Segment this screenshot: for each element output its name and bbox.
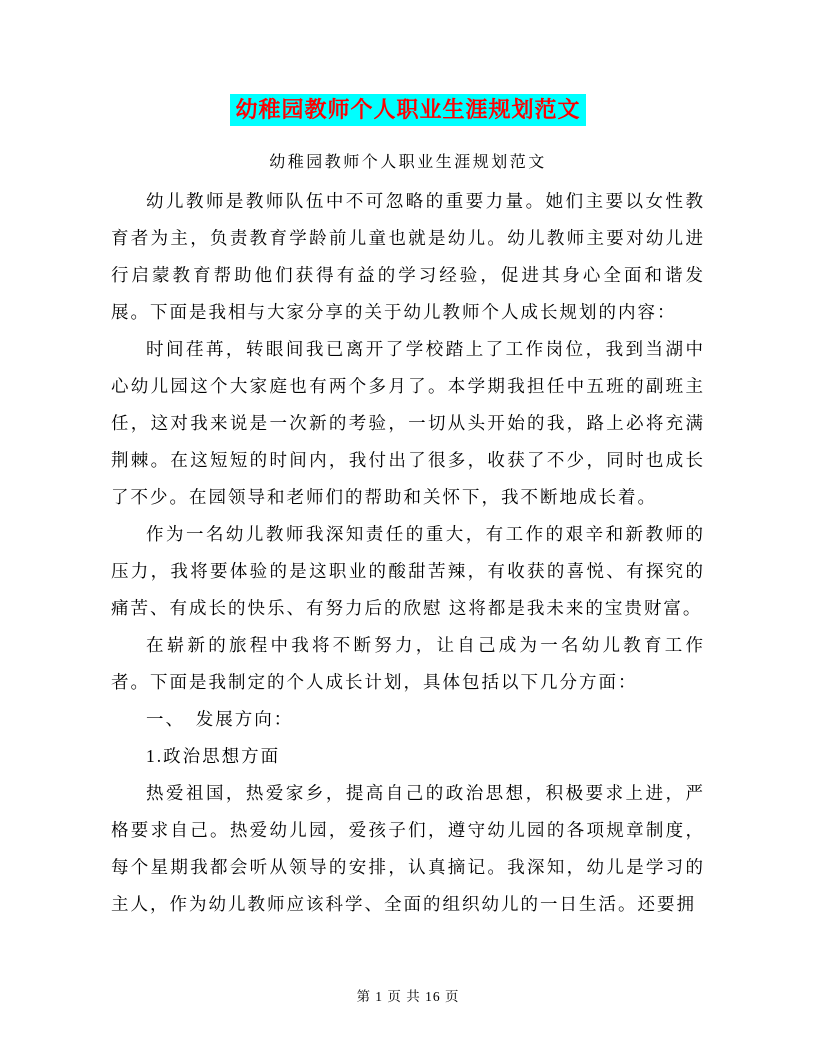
paragraph-patriotism: 热爱祖国，热爱家乡，提高自己的政治思想，积极要求上进，严格要求自己。热爱幼儿园，… <box>111 775 705 923</box>
document-title-wrap: 幼稚园教师个人职业生涯规划范文 <box>0 94 816 126</box>
paragraph-duty: 作为一名幼儿教师我深知责任的重大，有工作的艰辛和新教师的压力，我将要体验的是这职… <box>111 516 705 627</box>
paragraph-plan: 在崭新的旅程中我将不断努力，让自己成为一名幼儿教育工作者。下面是我制定的个人成长… <box>111 627 705 701</box>
page-footer: 第 1 页 共 16 页 <box>0 985 816 1005</box>
document-page: 幼稚园教师个人职业生涯规划范文 幼稚园教师个人职业生涯规划范文 幼儿教师是教师队… <box>0 0 816 1056</box>
document-subtitle: 幼稚园教师个人职业生涯规划范文 <box>0 149 816 172</box>
paragraph-time: 时间荏苒，转眼间我已离开了学校踏上了工作岗位，我到当湖中心幼儿园这个大家庭也有两… <box>111 331 705 516</box>
document-title: 幼稚园教师个人职业生涯规划范文 <box>230 94 585 126</box>
heading-politics: 1.政治思想方面 <box>111 738 705 775</box>
document-body: 幼儿教师是教师队伍中不可忽略的重要力量。她们主要以女性教育者为主，负责教育学龄前… <box>111 183 705 923</box>
paragraph-intro: 幼儿教师是教师队伍中不可忽略的重要力量。她们主要以女性教育者为主，负责教育学龄前… <box>111 183 705 331</box>
page-number-label: 第 1 页 共 16 页 <box>356 989 459 1004</box>
heading-direction: 一、 发展方向： <box>111 701 705 738</box>
